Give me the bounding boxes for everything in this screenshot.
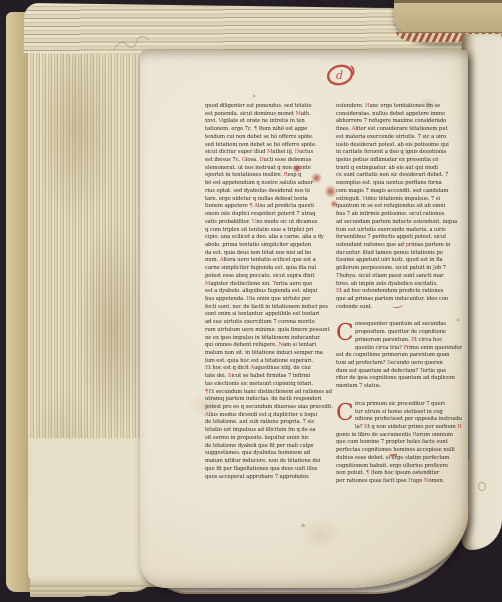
text-line: Magister distinctione xxi. Tertia uero q… <box>205 281 334 289</box>
text-line: est ihesus 7c. Glosa. Ducti esse debemus <box>205 157 334 165</box>
text-line: est materia exercende uirtutis. 7 sic a … <box>336 134 462 142</box>
text-line: per rationes quas facit ipse Hugo Nomen <box>336 478 462 486</box>
text-line: fecti sunt. nec de facili in tẽtationem … <box>205 304 334 312</box>
text-line: mentum 7 status. <box>336 383 462 391</box>
text-line: tẽtatio est impulsus ad illicitum fm q d… <box>205 427 334 435</box>
text-line: ne ex ipso impulsu in tẽtationem inducan… <box>205 335 334 343</box>
text-line: bus 7 ab infirmis potissime. sicut ratio… <box>336 211 462 219</box>
text-line: gellorum perpessione. sicut patuit in Jo… <box>336 265 462 273</box>
text-line: de tẽtatione dyaboli que fit per mali cu… <box>205 443 334 451</box>
text-line: fines. Aliter est considerare tẽtationem… <box>336 126 462 134</box>
text-line: questio circa tria? Primo enim querendum <box>355 345 462 353</box>
text-line: da est. quia deus non tẽtat nos nisi ad … <box>205 250 334 258</box>
text-line: Et hoc est q dicit Augustinus xiiij. de … <box>205 365 334 373</box>
text-line: ad secundam partem inducte ostendunt. in… <box>336 219 462 227</box>
text-line: est de cognitione primorum parentum quan <box>336 352 462 360</box>
text-line: rius optat. sed dyabolus desiderat nos t… <box>205 188 334 196</box>
text-line: xxvi. Vigilate et orate ne intretis in t… <box>205 118 334 126</box>
text-line: malum nititur inducere. non de tẽtatione… <box>205 458 334 466</box>
rubric-initial: C <box>336 322 353 345</box>
text-line: malum non sit. in tẽtatione induci sempe… <box>205 350 334 358</box>
text-line: Thobya. sicut etiam passi sunt sancti ma… <box>336 273 462 281</box>
faint-ring-mark <box>478 482 486 491</box>
text-line: quantum in se est refugiendus sit ab omn… <box>336 203 462 211</box>
text-line: sit sermo in proposito. loquitur enim hi… <box>205 435 334 443</box>
text-line: exemplus est. quia uentus perflans forna <box>336 180 462 188</box>
text-line: lum est. quia hoc est a tẽtatione supera… <box>205 358 334 366</box>
text-line: bus appetenda. His enim que uirtute per <box>205 296 334 304</box>
text-line: tum est uirtutis exercende materia. a ui… <box>336 227 462 235</box>
text-line: Alius modus dicendi est q dupliciter e l… <box>205 412 334 420</box>
text-line: gonis in libro de sacramentis Rerum omni… <box>336 432 462 440</box>
text-line: primorum parentum. Et circa hoc <box>355 337 462 345</box>
text-line: nitione profecisset per opposita instrue… <box>355 416 462 424</box>
text-line: tum ad profectum? Secundo uero queren <box>336 360 462 368</box>
text-line: ce sunt caritatis non sic desiderari deb… <box>336 172 462 180</box>
text-line: num. Altera uero tentatio scilicet que e… <box>205 257 334 265</box>
text-line: ostendere. Hanc ergo temtationes fm se <box>336 103 462 111</box>
text-line: utramq partem inductas. de facili respon… <box>205 396 334 404</box>
text-line: tendum cui non debet se hõ offerre spõte… <box>205 134 334 142</box>
text-line: onsequenter quantum ad secundas <box>355 321 462 329</box>
text-line: tur utrum si homo stetisset in cog <box>355 409 462 417</box>
page-stain-speck <box>456 318 460 322</box>
text-line: iusto desiderari potest. ab eis potissim… <box>336 142 462 150</box>
text-line: abolo. prima tentatio simpliciter appete… <box>205 242 334 250</box>
text-line: trarii q extinguatur. ab eis aut qui mod… <box>336 165 462 173</box>
text-line: ¶Et secundum hanc distinctionem ad ratio… <box>205 389 334 397</box>
book-page: d quod diligenter est ponendus. sed tẽta… <box>140 50 468 588</box>
red-ink-stain <box>330 200 338 208</box>
text-line: Et ad hoc ostendendum predicte rationes <box>336 288 462 296</box>
red-ink-stain <box>324 185 337 198</box>
text-line: extinguit. Video tẽtationis impulsus. 7 … <box>336 196 462 204</box>
paragraph: ostendere. Hanc ergo temtationes fm seco… <box>336 103 462 311</box>
text-line: abhorrere 7 refugere maxime considerãdo <box>336 118 462 126</box>
text-line: sicut dicitur super illud Mathei iij. Du… <box>205 149 334 157</box>
page-stain-speck <box>300 523 306 528</box>
text-line: que cum homine 7 propter holes facte sun… <box>336 439 462 447</box>
text-line: quod diligenter est ponendus. sed tẽtati… <box>205 103 334 111</box>
text-line: dum est quantum ad defectum? Tertio que <box>336 368 462 376</box>
text-line: ipsius potius inflãmatur ex presentia cõ <box>336 157 462 165</box>
red-ink-stain <box>310 173 323 183</box>
text-line: quos acceperat approbare 7 approbatos <box>205 474 334 482</box>
text-line: tationem. ergo 7c. ¶ Item nihil est appe <box>205 126 334 134</box>
text-line: non potuit. ¶ Item hoc ipsum ostenditur <box>336 470 462 478</box>
text-line: ostendunt rationes que ad primas partem … <box>336 242 462 250</box>
text-line: la? Et q non uidetur primo per uerbum Hu <box>355 424 462 432</box>
text-line: suggestiones. qua dyabolus hominem ad <box>205 450 334 458</box>
page-stain-speck <box>252 94 256 98</box>
text-line: in caritate feruent a deo q ignis deuoti… <box>336 149 462 157</box>
text-line: de tẽtatione. aut sub ratione propria. 7… <box>205 419 334 427</box>
text-line: cipio. una scilicet a deo. alia a carne.… <box>205 234 334 242</box>
text-column-left: quod diligenter est ponendus. sed tẽtati… <box>205 103 334 487</box>
text-line: propositum. queritur de cognitione <box>355 329 462 337</box>
text-line: potest pro eo q secundum diuersas uias p… <box>205 404 334 412</box>
text-line: perfectas cognitiones homines accepisse … <box>336 447 462 455</box>
red-ink-stain <box>292 164 302 173</box>
text-line: tionem appetere ¶ Also ad predicta quest… <box>205 203 334 211</box>
text-line: ritur de ipsa cognitione quantum ad dupl… <box>336 375 462 383</box>
quire-mark-letter: d <box>336 69 343 82</box>
text-line: consideratas. nullus debet appetere immo <box>336 111 462 119</box>
text-line: q cum triplex sit tentatio siue a tripli… <box>205 227 334 235</box>
text-line: tare. ergo uidetur q nullas debeat tenta <box>205 196 334 204</box>
text-line: sed tẽtationi non debet se hõ offerre sp… <box>205 142 334 150</box>
rubric-initial: C <box>336 402 353 425</box>
text-line: rum uirtutum uero minime. quia timere po… <box>205 327 334 335</box>
text-line: cognitionem habuit. ergo ulterius profic… <box>336 463 462 471</box>
paragraph: Consequenter quantum ad secundasproposit… <box>336 321 462 390</box>
text-line: sunt enim si tentantur. appetibile est t… <box>205 311 334 319</box>
text-line: est ponenda. sicut dominus monet Math. <box>205 111 334 119</box>
text-line: carne simpliciter fugienda est. quia ill… <box>205 265 334 273</box>
text-line: irca primum sic proceditur 7 queri <box>355 401 462 409</box>
text-line: tissime appetunt uiri iusti. quod est in… <box>336 257 462 265</box>
text-line: qui omnes debent refugere. Nam si tentar… <box>205 342 334 350</box>
text-line: elemonerat. ut nos instruat q non sponte <box>205 165 334 173</box>
red-quire-mark-ornament: d <box>323 59 359 93</box>
paragraph: Circa primum sic proceditur 7 queritur u… <box>336 401 462 486</box>
text-line: satis probabiliter. Uno modo sic ut dica… <box>205 219 334 227</box>
text-line: dubius esse debet. si ergo statim perfec… <box>336 455 462 463</box>
text-line: cem magis 7 magis accendit. sed candelam <box>336 188 462 196</box>
text-line: ducuntur. illud tamen genus tẽtationis p… <box>336 250 462 258</box>
text-line: tires. ab impiis zelo dyabolico excitati… <box>336 281 462 289</box>
text-line: tate dei. Sicut se habet firmitas 7 infi… <box>205 373 334 381</box>
text-line: tas electionis sic metuunt cupientq tẽta… <box>205 381 334 389</box>
text-line: onem iste duplici respõderi poterit 7 ut… <box>205 211 334 219</box>
photograph-of-open-incunabulum: d quod diligenter est ponendus. sed tẽta… <box>0 0 502 602</box>
text-line: feruentibus 7 perfectis appeti potest. s… <box>336 234 462 242</box>
text-line: que fit per flagellationes qua deus uult… <box>205 466 334 474</box>
text-line: ad sue uirtutis exercitium 7 corona meri… <box>205 319 334 327</box>
text-line: est a dyabolo. aliquibus fugienda est. a… <box>205 288 334 296</box>
text-column-right: ostendere. Hanc ergo temtationes fm seco… <box>336 103 462 493</box>
text-line: potest esse absq peccato. sicut supra di… <box>205 273 334 281</box>
